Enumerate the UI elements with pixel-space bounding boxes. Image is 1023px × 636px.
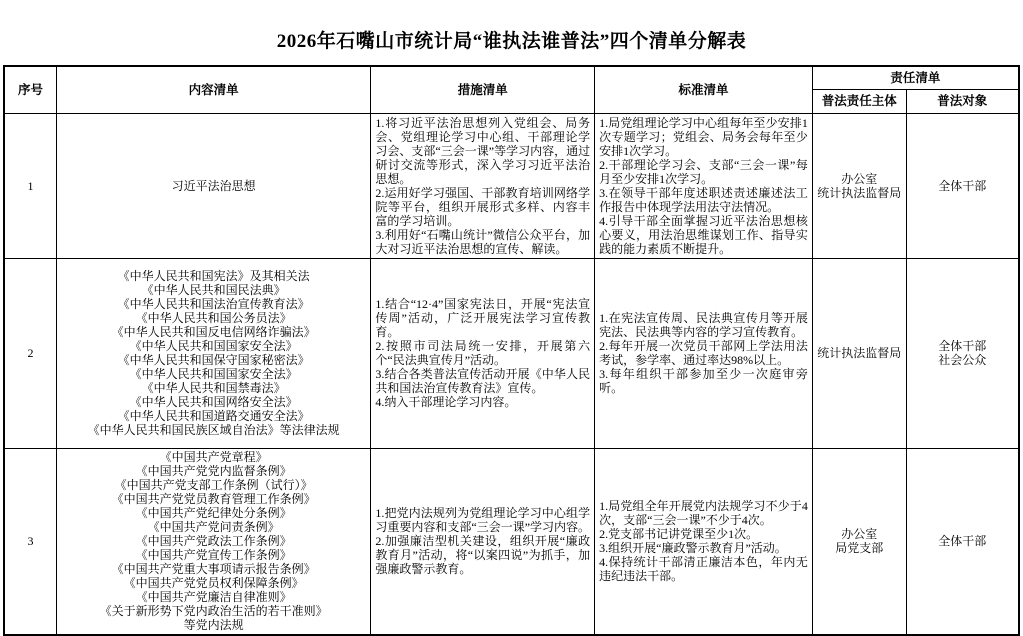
content-cell: 《中国共产党章程》 《中国共产党党内监督条例》 《中国共产党支部工作条例（试行）…: [56, 448, 370, 635]
subject-cell: 办公室 统计执法监督局: [812, 113, 906, 258]
document-page: 2026年石嘴山市统计局“谁执法谁普法”四个清单分解表 序号 内容清单 措施清单…: [0, 0, 1023, 636]
subject-cell: 统计执法监督局: [812, 258, 906, 448]
content-cell: 习近平法治思想: [56, 113, 370, 258]
header-responsibility-list: 责任清单: [812, 66, 1019, 89]
subject-cell: 办公室 局党支部: [812, 448, 906, 635]
content-cell: 《中华人民共和国宪法》及其相关法 《中华人民共和国民法典》 《中华人民共和国法治…: [56, 258, 370, 448]
header-responsibility-subject: 普法责任主体: [812, 89, 906, 113]
standards-cell: 1.局党组理论学习中心组每年至少安排1次专题学习；党组会、局务会每年至少安排1次…: [595, 113, 813, 258]
target-cell: 全体干部 社会公众: [906, 258, 1019, 448]
row-number: 1: [4, 113, 56, 258]
document-title: 2026年石嘴山市统计局“谁执法谁普法”四个清单分解表: [0, 26, 1023, 53]
measures-cell: 1.结合“12·4”国家宪法日，开展“宪法宣传周”活动，广泛开展宪法学习宣传教育…: [371, 258, 595, 448]
table-row: 2 《中华人民共和国宪法》及其相关法 《中华人民共和国民法典》 《中华人民共和国…: [4, 258, 1019, 448]
header-measures-list: 措施清单: [371, 66, 595, 113]
header-target-audience: 普法对象: [906, 89, 1019, 113]
target-cell: 全体干部: [906, 448, 1019, 635]
measures-cell: 1.把党内法规列为党组理论学习中心组学习重要内容和支部“三会一课”学习内容。 2…: [371, 448, 595, 635]
header-serial-number: 序号: [4, 66, 56, 113]
target-cell: 全体干部: [906, 113, 1019, 258]
standards-cell: 1.在宪法宣传周、民法典宣传月等开展宪法、民法典等内容的学习宣传教育。 2.每年…: [595, 258, 813, 448]
row-number: 3: [4, 448, 56, 635]
header-standards-list: 标准清单: [595, 66, 813, 113]
checklist-table: 序号 内容清单 措施清单 标准清单 责任清单 普法责任主体 普法对象 1 习近平…: [3, 65, 1020, 636]
table-row: 3 《中国共产党章程》 《中国共产党党内监督条例》 《中国共产党支部工作条例（试…: [4, 448, 1019, 635]
row-number: 2: [4, 258, 56, 448]
standards-cell: 1.局党组全年开展党内法规学习不少于4次，支部“三会一课”不少于4次。 2.党支…: [595, 448, 813, 635]
header-content-list: 内容清单: [56, 66, 370, 113]
table-row: 1 习近平法治思想 1.将习近平法治思想列入党组会、局务会、党组理论学习中心组、…: [4, 113, 1019, 258]
header-row-top: 序号 内容清单 措施清单 标准清单 责任清单: [4, 66, 1019, 89]
measures-cell: 1.将习近平法治思想列入党组会、局务会、党组理论学习中心组、干部理论学习会、支部…: [371, 113, 595, 258]
